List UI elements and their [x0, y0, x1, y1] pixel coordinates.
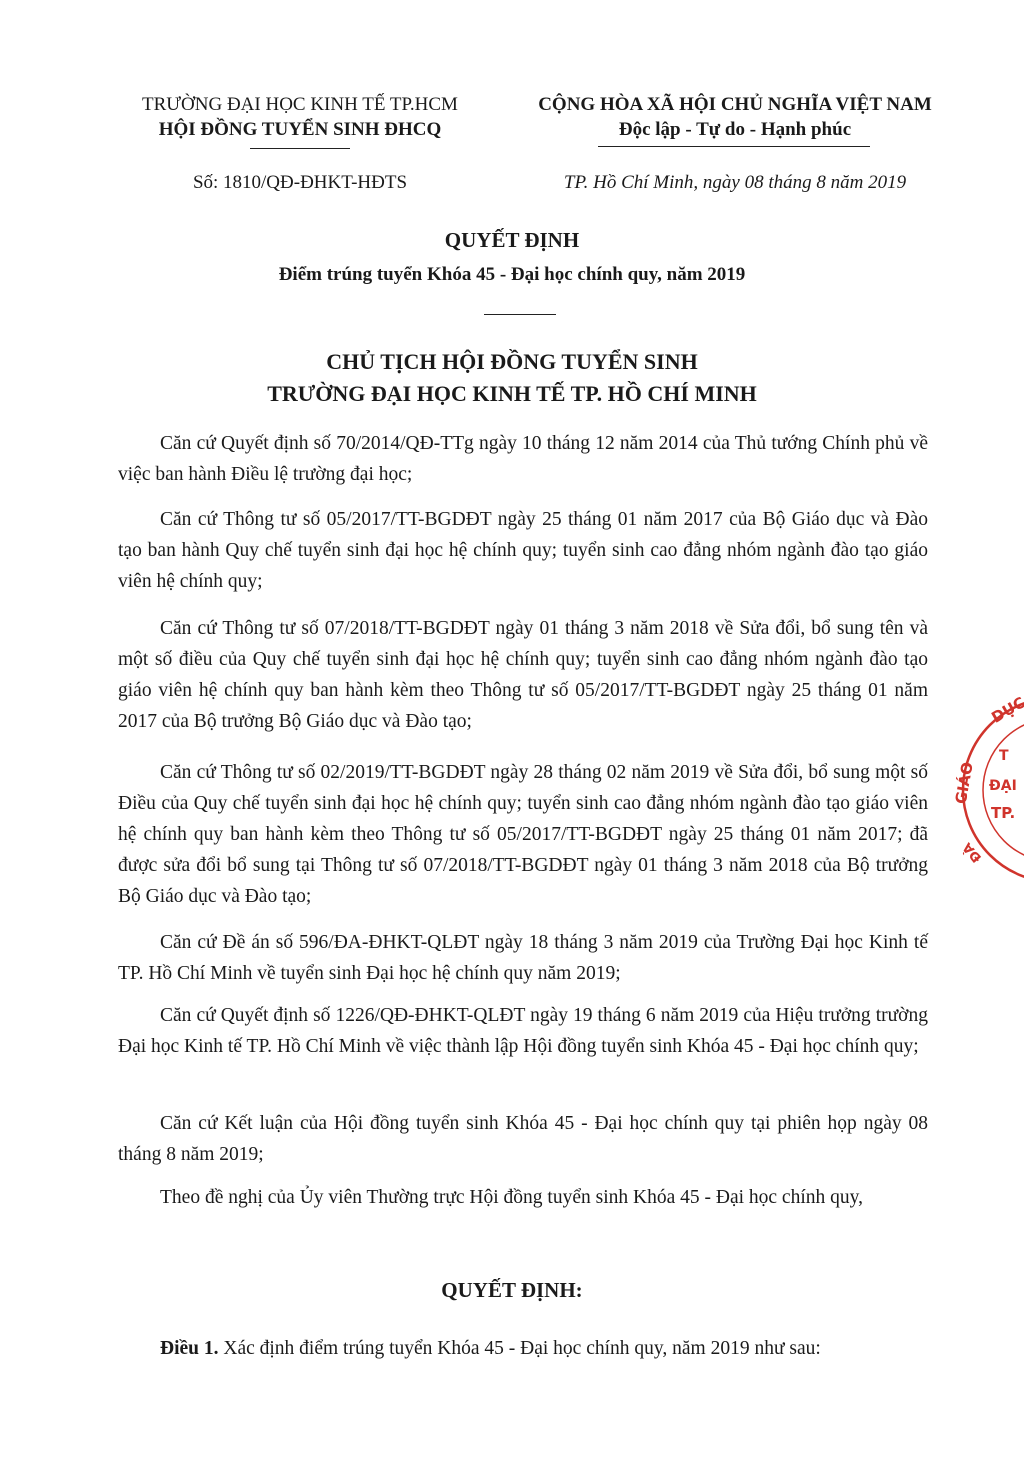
article-1-label: Điều 1. — [160, 1338, 219, 1359]
article-1: Điều 1. Xác định điểm trúng tuyển Khóa 4… — [160, 1338, 821, 1360]
proposal-paragraph: Theo đề nghị của Ủy viên Thường trực Hội… — [118, 1182, 928, 1213]
place-and-date: TP. Hồ Chí Minh, ngày 08 tháng 8 năm 201… — [500, 172, 970, 194]
svg-text:TP.: TP. — [991, 804, 1015, 822]
decision-heading: QUYẾT ĐỊNH: — [0, 1278, 1024, 1303]
issuing-authority: CHỦ TỊCH HỘI ĐỒNG TUYỂN SINH TRƯỜNG ĐẠI … — [0, 346, 1024, 410]
university-name: TRƯỜNG ĐẠI HỌC KINH TẾ TP.HCM — [100, 92, 500, 117]
legal-basis-paragraph: Căn cứ Thông tư số 07/2018/TT-BGDĐT ngày… — [118, 613, 928, 737]
legal-basis-paragraph: Căn cứ Thông tư số 02/2019/TT-BGDĐT ngày… — [118, 757, 928, 912]
nation-motto: Độc lập - Tự do - Hạnh phúc — [500, 117, 970, 142]
authority-line-2: TRƯỜNG ĐẠI HỌC KINH TẾ TP. HỒ CHÍ MINH — [0, 378, 1024, 410]
svg-text:DỤC: DỤC — [988, 693, 1024, 726]
legal-basis-paragraph: Căn cứ Kết luận của Hội đồng tuyển sinh … — [118, 1108, 928, 1170]
legal-basis-paragraph: Căn cứ Quyết định số 70/2014/QĐ-TTg ngày… — [118, 428, 928, 490]
article-1-text: Xác định điểm trúng tuyển Khóa 45 - Đại … — [219, 1338, 821, 1359]
document-title: QUYẾT ĐỊNH — [0, 228, 1024, 253]
national-header: CỘNG HÒA XÃ HỘI CHỦ NGHĨA VIỆT NAM Độc l… — [500, 92, 970, 142]
svg-text:GIÁO: GIÁO — [955, 760, 977, 805]
nation-title: CỘNG HÒA XÃ HỘI CHỦ NGHĨA VIỆT NAM — [500, 92, 970, 117]
svg-text:T: T — [999, 748, 1009, 764]
title-divider — [484, 314, 556, 315]
header-left-divider — [250, 148, 350, 149]
council-name: HỘI ĐỒNG TUYỂN SINH ĐHCQ — [100, 117, 500, 142]
header-right-divider — [598, 146, 870, 147]
issuing-organization: TRƯỜNG ĐẠI HỌC KINH TẾ TP.HCM HỘI ĐỒNG T… — [100, 92, 500, 142]
official-seal-stamp: GIÁO DỤC ĐẠI T TP. ĐÀ — [955, 690, 1024, 890]
legal-basis-paragraph: Căn cứ Quyết định số 1226/QĐ-ĐHKT-QLĐT n… — [118, 1000, 928, 1062]
document-number: Số: 1810/QĐ-ĐHKT-HĐTS — [100, 172, 500, 194]
legal-basis-paragraph: Căn cứ Đề án số 596/ĐA-ĐHKT-QLĐT ngày 18… — [118, 927, 928, 989]
authority-line-1: CHỦ TỊCH HỘI ĐỒNG TUYỂN SINH — [0, 346, 1024, 378]
legal-basis-paragraph: Căn cứ Thông tư số 05/2017/TT-BGDĐT ngày… — [118, 504, 928, 597]
svg-text:ĐẠI: ĐẠI — [989, 778, 1017, 794]
document-subtitle: Điểm trúng tuyển Khóa 45 - Đại học chính… — [0, 264, 1024, 286]
